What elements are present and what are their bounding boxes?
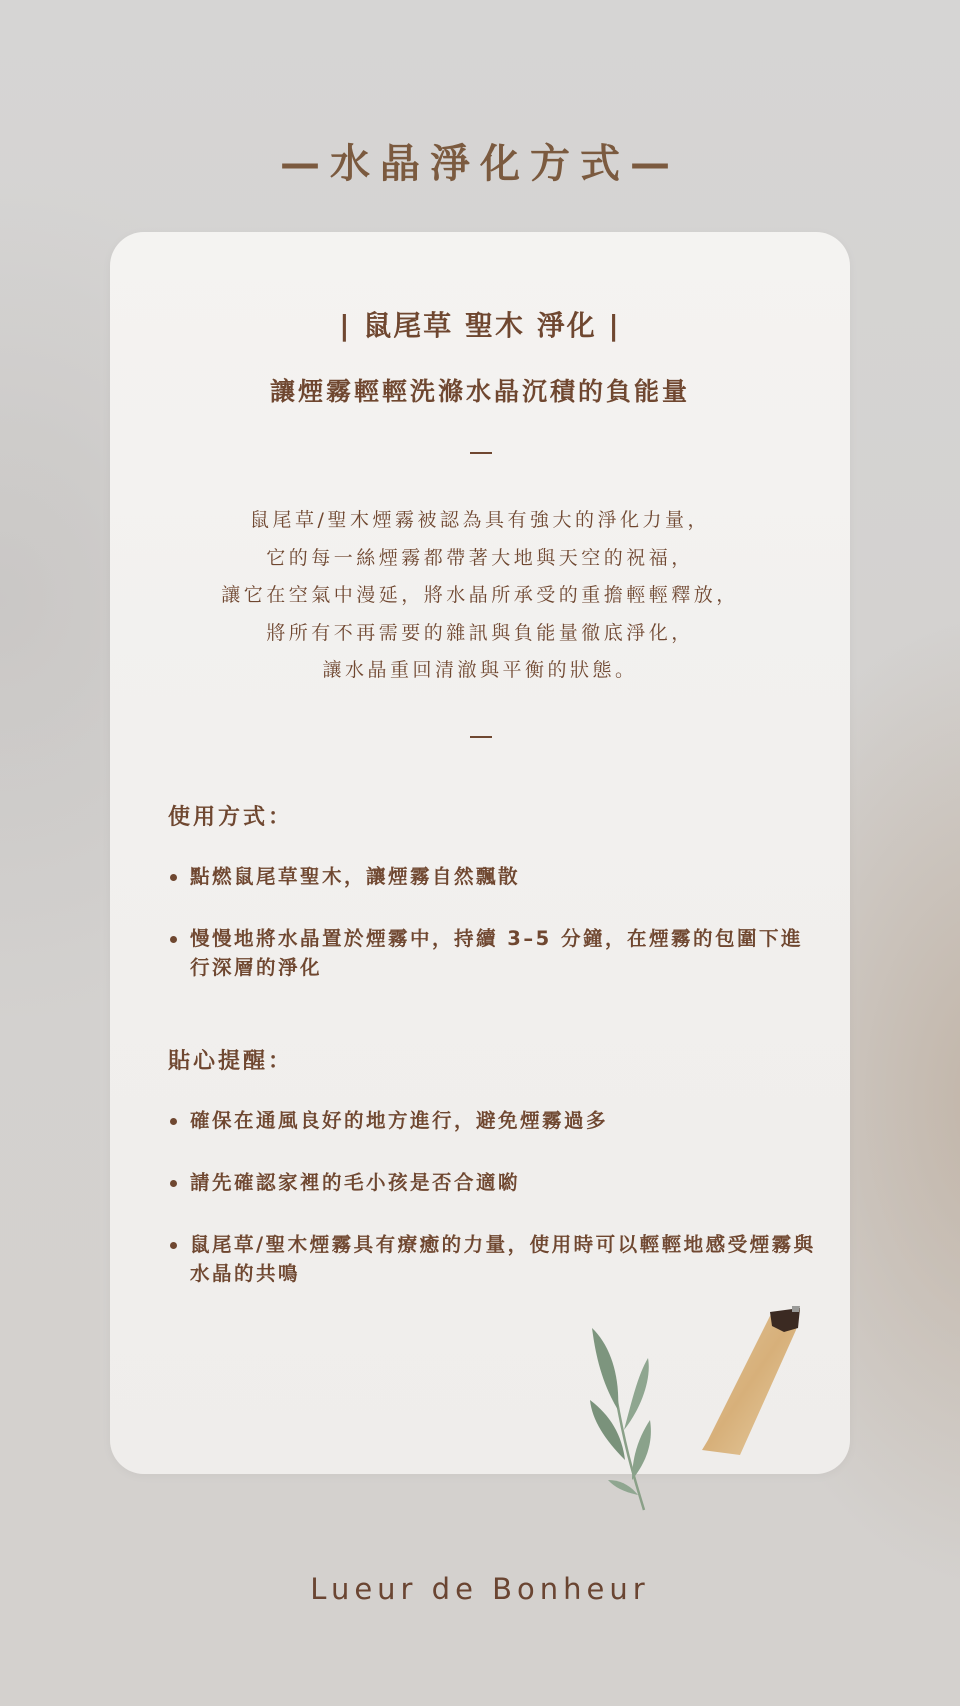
tips-section-title: 貼心提醒： xyxy=(168,1044,293,1075)
intro-line: 它的每一絲煙霧都帶著大地與天空的祝福， xyxy=(110,540,850,578)
divider-bottom xyxy=(470,736,492,738)
intro-line: 讓它在空氣中漫延，將水晶所承受的重擔輕輕釋放， xyxy=(110,577,850,615)
card-subheading: 讓煙霧輕輕洗滌水晶沉積的負能量 xyxy=(110,372,850,408)
page-title: —水晶淨化方式— xyxy=(0,132,960,189)
usage-list-item: 點燃鼠尾草聖木，讓煙霧自然飄散 xyxy=(168,862,820,891)
intro-line: 鼠尾草/聖木煙霧被認為具有強大的淨化力量， xyxy=(110,502,850,540)
card-heading: | 鼠尾草 聖木 淨化 | xyxy=(110,304,850,344)
intro-line: 將所有不再需要的雜訊與負能量徹底淨化， xyxy=(110,615,850,653)
sage-leaf-icon xyxy=(580,1320,670,1520)
usage-list-item: 慢慢地將水晶置於煙霧中，持續 3–5 分鐘，在煙霧的包圍下進行深層的淨化 xyxy=(168,924,820,982)
tips-list-item: 確保在通風良好的地方進行，避免煙霧過多 xyxy=(168,1106,820,1135)
intro-paragraph: 鼠尾草/聖木煙霧被認為具有強大的淨化力量， 它的每一絲煙霧都帶著大地與天空的祝福… xyxy=(110,502,850,690)
intro-line: 讓水晶重回清澈與平衡的狀態。 xyxy=(110,652,850,690)
tips-list-item: 請先確認家裡的毛小孩是否合適喲 xyxy=(168,1168,820,1197)
usage-section-title: 使用方式： xyxy=(168,800,293,831)
palo-santo-stick-icon xyxy=(700,1300,810,1460)
tips-list-item: 鼠尾草/聖木煙霧具有療癒的力量，使用時可以輕輕地感受煙霧與水晶的共鳴 xyxy=(168,1230,820,1288)
divider-top xyxy=(470,452,492,454)
content-card: | 鼠尾草 聖木 淨化 | 讓煙霧輕輕洗滌水晶沉積的負能量 鼠尾草/聖木煙霧被認… xyxy=(110,232,850,1474)
footer-brand: Lueur de Bonheur xyxy=(0,1572,960,1606)
